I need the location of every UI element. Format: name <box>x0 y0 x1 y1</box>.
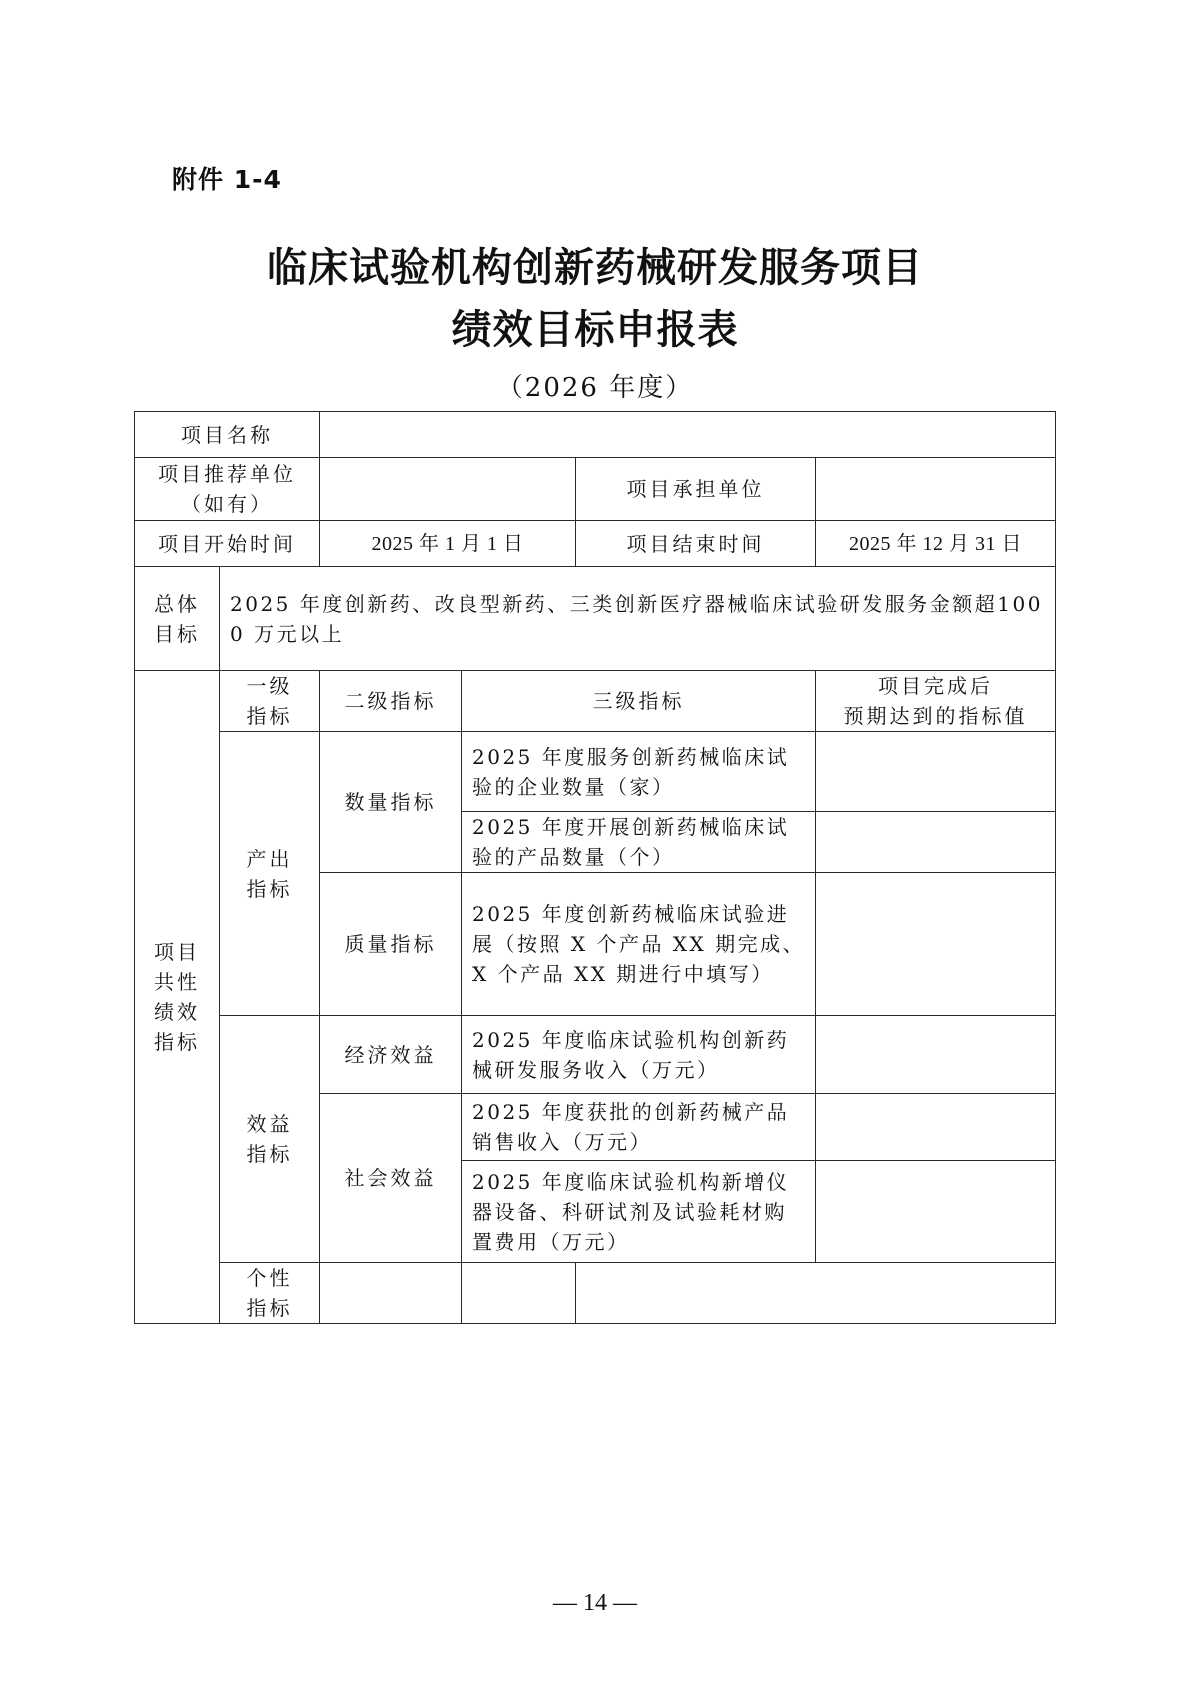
row-project-name: 项目名称 <box>135 412 1056 458</box>
economic-item-1: 2025 年度临床试验机构创新药械研发服务收入（万元） <box>462 1016 816 1094</box>
output-indicator-label: 产出 指标 <box>220 732 320 1016</box>
project-name-label: 项目名称 <box>135 412 320 458</box>
common-indicators-label-line2: 共性 <box>143 967 211 997</box>
quantity-item-1: 2025 年度服务创新药械临床试验的企业数量（家） <box>462 732 816 812</box>
common-indicators-label-line4: 指标 <box>143 1027 211 1057</box>
output-indicator-line2: 指标 <box>228 874 311 904</box>
individual-indicator-label: 个性 指标 <box>220 1263 320 1324</box>
quality-item-1-value[interactable] <box>816 873 1056 1016</box>
header-target-value: 项目完成后 预期达到的指标值 <box>816 671 1056 732</box>
common-indicators-label-line1: 项目 <box>143 937 211 967</box>
performance-goal-form: 项目名称 项目推荐单位 （如有） 项目承担单位 项目开始时间 2025 年 1 … <box>134 411 1056 1324</box>
economic-item-1-value[interactable] <box>816 1016 1056 1094</box>
quantity-indicator-label: 数量指标 <box>320 732 462 873</box>
output-indicator-line1: 产出 <box>228 844 311 874</box>
row-dates: 项目开始时间 2025 年 1 月 1 日 项目结束时间 2025 年 12 月… <box>135 521 1056 567</box>
overall-goal-label-line1: 总体 <box>143 589 211 619</box>
common-indicators-label-line3: 绩效 <box>143 997 211 1027</box>
recommend-unit-label: 项目推荐单位 （如有） <box>135 458 320 521</box>
quality-indicator-label: 质量指标 <box>320 873 462 1016</box>
undertake-unit-label: 项目承担单位 <box>576 458 816 521</box>
header-level1: 一级 指标 <box>220 671 320 732</box>
start-time-label: 项目开始时间 <box>135 521 320 567</box>
recommend-unit-field[interactable] <box>320 458 576 521</box>
recommend-unit-label-line2: （如有） <box>143 489 311 519</box>
overall-goal-label: 总体 目标 <box>135 567 220 671</box>
header-level3: 三级指标 <box>462 671 816 732</box>
overall-goal-field[interactable]: 2025 年度创新药、改良型新药、三类创新医疗器械临床试验研发服务金额超1000… <box>220 567 1056 671</box>
social-item-1-value[interactable] <box>816 1094 1056 1161</box>
individual-indicator-line2: 指标 <box>228 1293 311 1323</box>
benefit-indicator-line1: 效益 <box>228 1109 311 1139</box>
benefit-indicator-line2: 指标 <box>228 1139 311 1169</box>
row-overall-goal: 总体 目标 2025 年度创新药、改良型新药、三类创新医疗器械临床试验研发服务金… <box>135 567 1056 671</box>
start-time-field[interactable]: 2025 年 1 月 1 日 <box>320 521 576 567</box>
quantity-item-2: 2025 年度开展创新药械临床试验的产品数量（个） <box>462 812 816 873</box>
page-title-line1: 临床试验机构创新药械研发服务项目 <box>0 240 1190 296</box>
quantity-item-2-value[interactable] <box>816 812 1056 873</box>
header-target-line1: 项目完成后 <box>824 671 1047 701</box>
individual-indicator-line1: 个性 <box>228 1263 311 1293</box>
recommend-unit-label-line1: 项目推荐单位 <box>143 459 311 489</box>
economic-benefit-label: 经济效益 <box>320 1016 462 1094</box>
social-benefit-label: 社会效益 <box>320 1094 462 1263</box>
page-number: — 14 — <box>0 1590 1190 1617</box>
social-item-2-value[interactable] <box>816 1161 1056 1263</box>
row-units: 项目推荐单位 （如有） 项目承担单位 <box>135 458 1056 521</box>
row-indicator-headers: 项目 共性 绩效 指标 一级 指标 二级指标 三级指标 项目完成后 预期达到的指… <box>135 671 1056 732</box>
end-time-field[interactable]: 2025 年 12 月 31 日 <box>816 521 1056 567</box>
individual-level1-field[interactable] <box>320 1263 462 1324</box>
header-target-line2: 预期达到的指标值 <box>824 701 1047 731</box>
end-time-label: 项目结束时间 <box>576 521 816 567</box>
header-level2: 二级指标 <box>320 671 462 732</box>
quantity-item-1-value[interactable] <box>816 732 1056 812</box>
social-item-2: 2025 年度临床试验机构新增仪器设备、科研试剂及试验耗材购置费用（万元） <box>462 1161 816 1263</box>
row-economic-1: 效益 指标 经济效益 2025 年度临床试验机构创新药械研发服务收入（万元） <box>135 1016 1056 1094</box>
social-item-1: 2025 年度获批的创新药械产品销售收入（万元） <box>462 1094 816 1161</box>
header-level1-line1: 一级 <box>228 671 311 701</box>
header-level1-line2: 指标 <box>228 701 311 731</box>
project-name-field[interactable] <box>320 412 1056 458</box>
individual-level3-field[interactable] <box>576 1263 1056 1324</box>
overall-goal-label-line2: 目标 <box>143 619 211 649</box>
common-indicators-label: 项目 共性 绩效 指标 <box>135 671 220 1324</box>
row-individual-indicators: 个性 指标 <box>135 1263 1056 1324</box>
attachment-label: 附件 1-4 <box>172 160 282 196</box>
individual-level2-field[interactable] <box>462 1263 576 1324</box>
undertake-unit-field[interactable] <box>816 458 1056 521</box>
benefit-indicator-label: 效益 指标 <box>220 1016 320 1263</box>
page-title-line2: 绩效目标申报表 <box>0 302 1190 358</box>
quality-item-1: 2025 年度创新药械临床试验进展（按照 X 个产品 XX 期完成、X 个产品 … <box>462 873 816 1016</box>
form-year: （2026 年度） <box>0 367 1190 404</box>
row-quantity-1: 产出 指标 数量指标 2025 年度服务创新药械临床试验的企业数量（家） <box>135 732 1056 812</box>
